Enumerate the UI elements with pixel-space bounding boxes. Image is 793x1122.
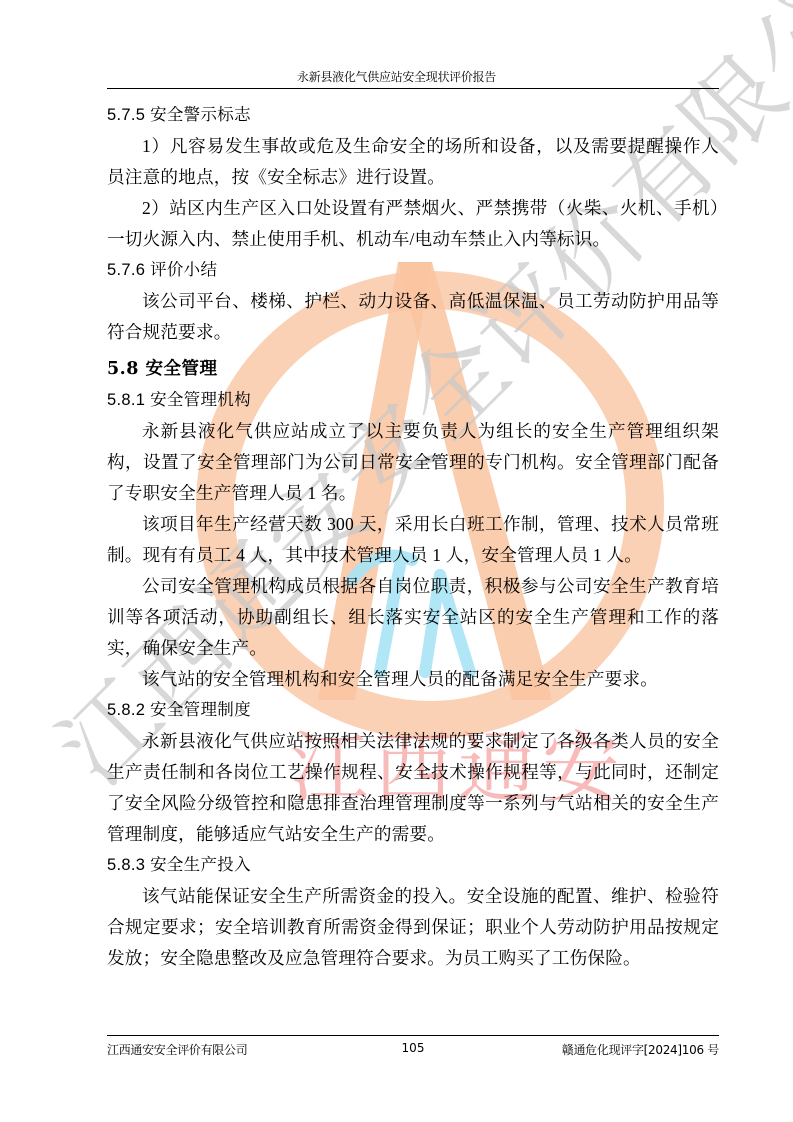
section-heading: 5.8.2 安全管理制度: [107, 695, 719, 726]
section-heading: 5.7.6 评价小结: [107, 255, 719, 286]
document-page: 江西通安 江西通安安全评价有限公司 永新县液化气供应站安全现状评价报告 5.7.…: [0, 0, 793, 1122]
header-title: 永新县液化气供应站安全现状评价报告: [0, 68, 793, 85]
paragraph: 该项目年生产经营天数 300 天，采用长白班工作制，管理、技术人员常班制。现有有…: [107, 509, 719, 571]
section-heading: 5.8.3 安全生产投入: [107, 850, 719, 881]
page-footer: 江西通安安全评价有限公司 105 赣通危化现评字[2024]106 号: [107, 1041, 719, 1057]
section-heading: 5.7.5 安全警示标志: [107, 100, 719, 131]
chapter-heading: 5.8 安全管理: [107, 354, 719, 385]
paragraph: 永新县液化气供应站成立了以主要负责人为组长的安全生产管理组织架构，设置了安全管理…: [107, 416, 719, 509]
section-heading: 5.8.1 安全管理机构: [107, 385, 719, 416]
paragraph: 1）凡容易发生事故或危及生命安全的场所和设备，以及需要提醒操作人员注意的地点，按…: [107, 131, 719, 193]
document-body: 5.7.5 安全警示标志 1）凡容易发生事故或危及生命安全的场所和设备，以及需要…: [107, 100, 719, 974]
paragraph: 永新县液化气供应站按照相关法律法规的要求制定了各级各类人员的安全生产责任制和各岗…: [107, 726, 719, 850]
paragraph: 公司安全管理机构成员根据各自岗位职责，积极参与公司安全生产教育培训等各项活动，协…: [107, 571, 719, 664]
paragraph: 该公司平台、楼梯、护栏、动力设备、高低温保温、员工劳动防护用品等符合规范要求。: [107, 286, 719, 348]
paragraph: 该气站的安全管理机构和安全管理人员的配备满足安全生产要求。: [107, 664, 719, 695]
footer-divider: [107, 1035, 719, 1036]
paragraph: 该气站能保证安全生产所需资金的投入。安全设施的配置、维护、检验符合规定要求；安全…: [107, 881, 719, 974]
header-divider: [107, 88, 719, 89]
report-number: 赣通危化现评字[2024]106 号: [562, 1041, 719, 1058]
paragraph: 2）站区内生产区入口处设置有严禁烟火、严禁携带（火柴、火机、手机）一切火源入内、…: [107, 193, 719, 255]
